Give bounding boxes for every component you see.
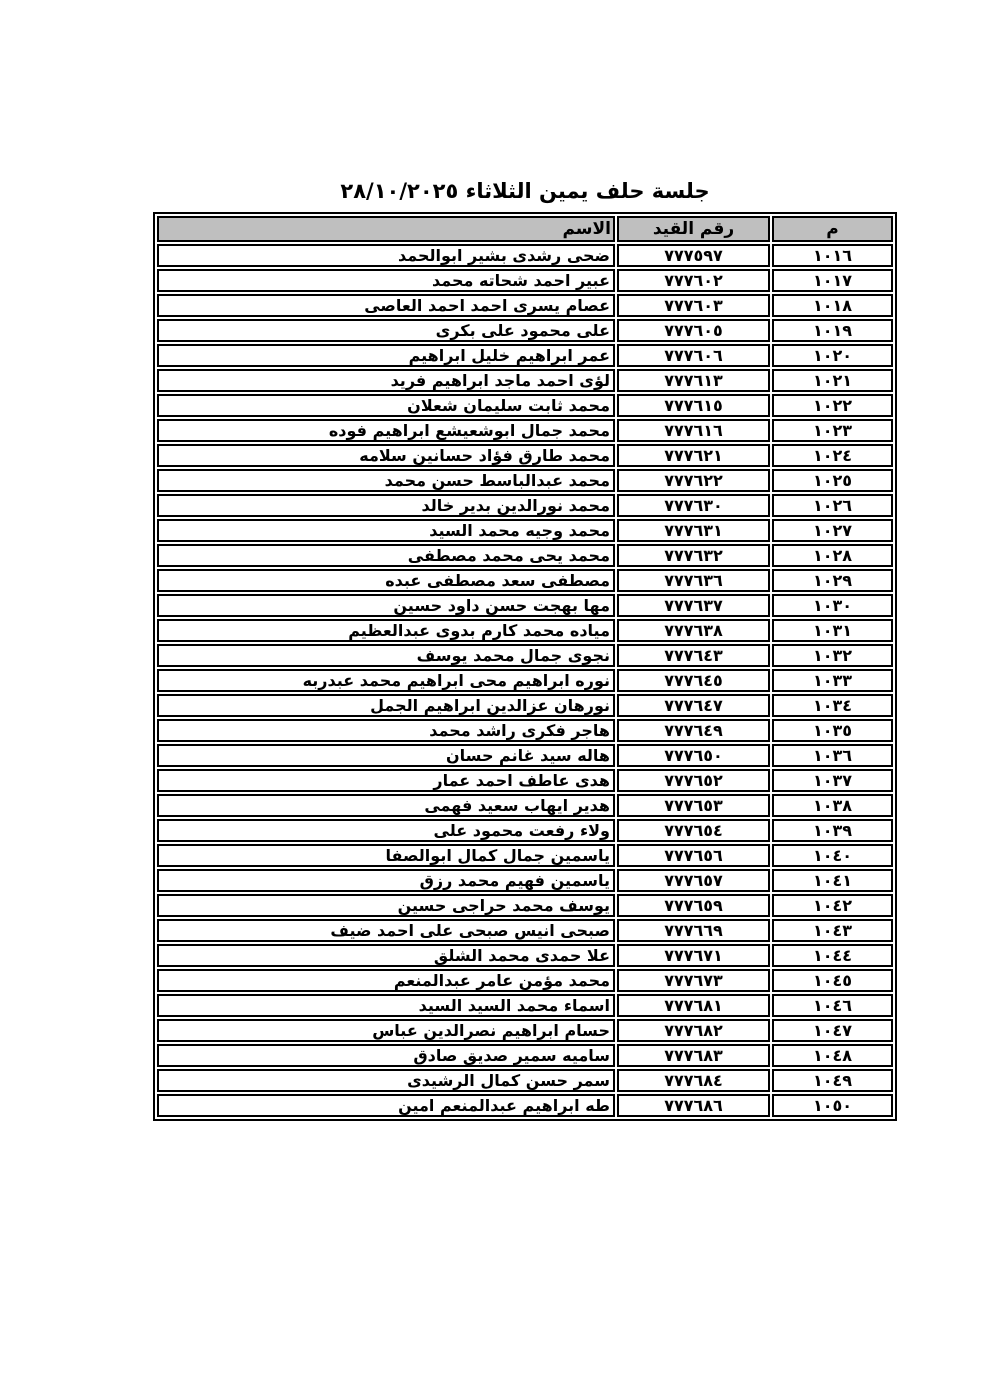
header-name: الاسم	[157, 216, 615, 242]
registration-cell: ٧٧٧٦٥٣	[617, 794, 770, 817]
registration-cell: ٧٧٧٦٣٦	[617, 569, 770, 592]
oath-session-table: م رقم القيد الاسم ١٠١٦ ٧٧٧٥٩٧ ضحى رشدى ب…	[153, 212, 897, 1121]
table-row: ١٠٣٤ ٧٧٧٦٤٧ نورهان عزالدين ابراهيم الجمل	[157, 694, 893, 717]
header-registration: رقم القيد	[617, 216, 770, 242]
registration-cell: ٧٧٧٦٥٧	[617, 869, 770, 892]
table-row: ١٠٤٢ ٧٧٧٦٥٩ يوسف محمد حراجى حسين	[157, 894, 893, 917]
name-cell: هدير ايهاب سعيد فهمى	[157, 794, 615, 817]
registration-cell: ٧٧٧٦٣١	[617, 519, 770, 542]
serial-cell: ١٠١٨	[772, 294, 893, 317]
registration-cell: ٧٧٧٦٣٨	[617, 619, 770, 642]
name-cell: مصطفى سعد مصطفى عبده	[157, 569, 615, 592]
serial-cell: ١٠٤٣	[772, 919, 893, 942]
table-row: ١٠٢١ ٧٧٧٦١٣ لؤى احمد ماجد ابراهيم فريد	[157, 369, 893, 392]
name-cell: على محمود على بكرى	[157, 319, 615, 342]
serial-cell: ١٠٣٦	[772, 744, 893, 767]
content-area: جلسة حلف يمين الثلاثاء ٢٨/١٠/٢٠٢٥ م رقم …	[153, 176, 897, 1121]
table-row: ١٠١٦ ٧٧٧٥٩٧ ضحى رشدى بشير ابوالحمد	[157, 244, 893, 267]
registration-cell: ٧٧٧٦٨١	[617, 994, 770, 1017]
registration-cell: ٧٧٧٦١٣	[617, 369, 770, 392]
name-cell: طه ابراهيم عبدالمنعم امين	[157, 1094, 615, 1117]
serial-cell: ١٠٢١	[772, 369, 893, 392]
name-cell: عصام يسرى احمد احمد العاصى	[157, 294, 615, 317]
registration-cell: ٧٧٧٦٨٢	[617, 1019, 770, 1042]
serial-cell: ١٠٢٢	[772, 394, 893, 417]
serial-cell: ١٠٣٠	[772, 594, 893, 617]
name-cell: ضحى رشدى بشير ابوالحمد	[157, 244, 615, 267]
name-cell: محمد عبدالباسط حسن محمد	[157, 469, 615, 492]
registration-cell: ٧٧٧٦٤٣	[617, 644, 770, 667]
serial-cell: ١٠٣٧	[772, 769, 893, 792]
registration-cell: ٧٧٧٦٤٥	[617, 669, 770, 692]
serial-cell: ١٠٤٩	[772, 1069, 893, 1092]
name-cell: مها بهجت حسن داود حسين	[157, 594, 615, 617]
registration-cell: ٧٧٧٦٨٤	[617, 1069, 770, 1092]
registration-cell: ٧٧٧٦٦٩	[617, 919, 770, 942]
table-row: ١٠٣٠ ٧٧٧٦٣٧ مها بهجت حسن داود حسين	[157, 594, 893, 617]
name-cell: علا حمدى محمد الشلق	[157, 944, 615, 967]
registration-cell: ٧٧٧٦٢٢	[617, 469, 770, 492]
registration-cell: ٧٧٧٦٠٦	[617, 344, 770, 367]
registration-cell: ٧٧٧٦٠٥	[617, 319, 770, 342]
registration-cell: ٧٧٧٦٠٣	[617, 294, 770, 317]
table-row: ١٠٢٣ ٧٧٧٦١٦ محمد جمال ابوشعيشع ابراهيم ف…	[157, 419, 893, 442]
registration-cell: ٧٧٧٦٤٧	[617, 694, 770, 717]
table-row: ١٠٤٠ ٧٧٧٦٥٦ ياسمين جمال كمال ابوالصفا	[157, 844, 893, 867]
header-row: م رقم القيد الاسم	[157, 216, 893, 242]
name-cell: ياسمين فهيم محمد رزق	[157, 869, 615, 892]
table-row: ١٠٢٦ ٧٧٧٦٣٠ محمد نورالدين بدير خالد	[157, 494, 893, 517]
registration-cell: ٧٧٧٦٧١	[617, 944, 770, 967]
registration-cell: ٧٧٧٦٣٢	[617, 544, 770, 567]
table-row: ١٠١٧ ٧٧٧٦٠٢ عبير احمد شحاته محمد	[157, 269, 893, 292]
registration-cell: ٧٧٧٦٣٧	[617, 594, 770, 617]
table-row: ١٠٢٨ ٧٧٧٦٣٢ محمد يحى محمد مصطفى	[157, 544, 893, 567]
table-row: ١٠٣٣ ٧٧٧٦٤٥ نوره ابراهيم محى ابراهيم محم…	[157, 669, 893, 692]
name-cell: عمر ابراهيم خليل ابراهيم	[157, 344, 615, 367]
table-body: ١٠١٦ ٧٧٧٥٩٧ ضحى رشدى بشير ابوالحمد ١٠١٧ …	[157, 244, 893, 1117]
table-row: ١٠٣٨ ٧٧٧٦٥٣ هدير ايهاب سعيد فهمى	[157, 794, 893, 817]
registration-cell: ٧٧٧٦٥٩	[617, 894, 770, 917]
table-row: ١٠٢٠ ٧٧٧٦٠٦ عمر ابراهيم خليل ابراهيم	[157, 344, 893, 367]
name-cell: ساميه سمير صديق صادق	[157, 1044, 615, 1067]
table-row: ١٠٣٢ ٧٧٧٦٤٣ نجوى جمال محمد يوسف	[157, 644, 893, 667]
table-row: ١٠٤٦ ٧٧٧٦٨١ اسماء محمد السيد السيد	[157, 994, 893, 1017]
table-row: ١٠٢٢ ٧٧٧٦١٥ محمد ثابت سليمان شعلان	[157, 394, 893, 417]
serial-cell: ١٠٣٥	[772, 719, 893, 742]
serial-cell: ١٠٢٠	[772, 344, 893, 367]
serial-cell: ١٠٤٢	[772, 894, 893, 917]
registration-cell: ٧٧٧٦٤٩	[617, 719, 770, 742]
table-row: ١٠١٨ ٧٧٧٦٠٣ عصام يسرى احمد احمد العاصى	[157, 294, 893, 317]
serial-cell: ١٠٢٩	[772, 569, 893, 592]
registration-cell: ٧٧٧٦٥٦	[617, 844, 770, 867]
table-row: ١٠٤٨ ٧٧٧٦٨٣ ساميه سمير صديق صادق	[157, 1044, 893, 1067]
name-cell: ولاء رفعت محمود على	[157, 819, 615, 842]
serial-cell: ١٠٣٤	[772, 694, 893, 717]
serial-cell: ١٠١٩	[772, 319, 893, 342]
name-cell: يوسف محمد حراجى حسين	[157, 894, 615, 917]
registration-cell: ٧٧٧٦٥٠	[617, 744, 770, 767]
name-cell: صبحى انيس صبحى على احمد ضيف	[157, 919, 615, 942]
table-row: ١٠٥٠ ٧٧٧٦٨٦ طه ابراهيم عبدالمنعم امين	[157, 1094, 893, 1117]
name-cell: نجوى جمال محمد يوسف	[157, 644, 615, 667]
serial-cell: ١٠٤٦	[772, 994, 893, 1017]
name-cell: حسام ابراهيم نصرالدين عباس	[157, 1019, 615, 1042]
table-row: ١٠٣٥ ٧٧٧٦٤٩ هاجر فكرى راشد محمد	[157, 719, 893, 742]
table-row: ١٠٤٩ ٧٧٧٦٨٤ سمر حسن كمال الرشيدى	[157, 1069, 893, 1092]
name-cell: لؤى احمد ماجد ابراهيم فريد	[157, 369, 615, 392]
table-row: ١٠٢٤ ٧٧٧٦٢١ محمد طارق فؤاد حسانين سلامه	[157, 444, 893, 467]
serial-cell: ١٠٤٨	[772, 1044, 893, 1067]
name-cell: اسماء محمد السيد السيد	[157, 994, 615, 1017]
table-row: ١٠٤٥ ٧٧٧٦٧٣ محمد مؤمن عامر عبدالمنعم	[157, 969, 893, 992]
registration-cell: ٧٧٧٥٩٧	[617, 244, 770, 267]
name-cell: سمر حسن كمال الرشيدى	[157, 1069, 615, 1092]
table-row: ١٠٤١ ٧٧٧٦٥٧ ياسمين فهيم محمد رزق	[157, 869, 893, 892]
name-cell: عبير احمد شحاته محمد	[157, 269, 615, 292]
serial-cell: ١٠٤٠	[772, 844, 893, 867]
serial-cell: ١٠٤٥	[772, 969, 893, 992]
registration-cell: ٧٧٧٦١٦	[617, 419, 770, 442]
serial-cell: ١٠٤٧	[772, 1019, 893, 1042]
header-serial: م	[772, 216, 893, 242]
name-cell: محمد ثابت سليمان شعلان	[157, 394, 615, 417]
serial-cell: ١٠٢٧	[772, 519, 893, 542]
registration-cell: ٧٧٧٦٠٢	[617, 269, 770, 292]
table-row: ١٠٣٦ ٧٧٧٦٥٠ هاله سيد غانم حسان	[157, 744, 893, 767]
table-row: ١٠٣١ ٧٧٧٦٣٨ مياده محمد كارم بدوى عبدالعظ…	[157, 619, 893, 642]
name-cell: نورهان عزالدين ابراهيم الجمل	[157, 694, 615, 717]
name-cell: هاله سيد غانم حسان	[157, 744, 615, 767]
table-row: ١٠٣٧ ٧٧٧٦٥٢ هدى عاطف احمد عمار	[157, 769, 893, 792]
registration-cell: ٧٧٧٦١٥	[617, 394, 770, 417]
table-row: ١٠٢٧ ٧٧٧٦٣١ محمد وجيه محمد السيد	[157, 519, 893, 542]
name-cell: محمد مؤمن عامر عبدالمنعم	[157, 969, 615, 992]
serial-cell: ١٠١٦	[772, 244, 893, 267]
registration-cell: ٧٧٧٦٥٢	[617, 769, 770, 792]
serial-cell: ١٠٣٣	[772, 669, 893, 692]
table-row: ١٠٤٧ ٧٧٧٦٨٢ حسام ابراهيم نصرالدين عباس	[157, 1019, 893, 1042]
serial-cell: ١٠٤١	[772, 869, 893, 892]
registration-cell: ٧٧٧٦٥٤	[617, 819, 770, 842]
name-cell: محمد وجيه محمد السيد	[157, 519, 615, 542]
serial-cell: ١٠٢٥	[772, 469, 893, 492]
serial-cell: ١٠١٧	[772, 269, 893, 292]
table-row: ١٠٢٥ ٧٧٧٦٢٢ محمد عبدالباسط حسن محمد	[157, 469, 893, 492]
table-row: ١٠٢٩ ٧٧٧٦٣٦ مصطفى سعد مصطفى عبده	[157, 569, 893, 592]
document-page: جلسة حلف يمين الثلاثاء ٢٨/١٠/٢٠٢٥ م رقم …	[0, 0, 990, 1400]
name-cell: هدى عاطف احمد عمار	[157, 769, 615, 792]
name-cell: مياده محمد كارم بدوى عبدالعظيم	[157, 619, 615, 642]
registration-cell: ٧٧٧٦٧٣	[617, 969, 770, 992]
serial-cell: ١٠٢٨	[772, 544, 893, 567]
name-cell: محمد نورالدين بدير خالد	[157, 494, 615, 517]
name-cell: نوره ابراهيم محى ابراهيم محمد عبدربه	[157, 669, 615, 692]
document-title: جلسة حلف يمين الثلاثاء ٢٨/١٠/٢٠٢٥	[153, 176, 897, 206]
table-row: ١٠١٩ ٧٧٧٦٠٥ على محمود على بكرى	[157, 319, 893, 342]
name-cell: محمد جمال ابوشعيشع ابراهيم فوده	[157, 419, 615, 442]
serial-cell: ١٠٥٠	[772, 1094, 893, 1117]
name-cell: هاجر فكرى راشد محمد	[157, 719, 615, 742]
name-cell: محمد يحى محمد مصطفى	[157, 544, 615, 567]
registration-cell: ٧٧٧٦٣٠	[617, 494, 770, 517]
name-cell: محمد طارق فؤاد حسانين سلامه	[157, 444, 615, 467]
serial-cell: ١٠٣٨	[772, 794, 893, 817]
registration-cell: ٧٧٧٦٢١	[617, 444, 770, 467]
serial-cell: ١٠٣٢	[772, 644, 893, 667]
serial-cell: ١٠٣٩	[772, 819, 893, 842]
serial-cell: ١٠٢٤	[772, 444, 893, 467]
table-row: ١٠٣٩ ٧٧٧٦٥٤ ولاء رفعت محمود على	[157, 819, 893, 842]
name-cell: ياسمين جمال كمال ابوالصفا	[157, 844, 615, 867]
serial-cell: ١٠٢٦	[772, 494, 893, 517]
serial-cell: ١٠٤٤	[772, 944, 893, 967]
table-row: ١٠٤٣ ٧٧٧٦٦٩ صبحى انيس صبحى على احمد ضيف	[157, 919, 893, 942]
registration-cell: ٧٧٧٦٨٦	[617, 1094, 770, 1117]
registration-cell: ٧٧٧٦٨٣	[617, 1044, 770, 1067]
serial-cell: ١٠٣١	[772, 619, 893, 642]
table-row: ١٠٤٤ ٧٧٧٦٧١ علا حمدى محمد الشلق	[157, 944, 893, 967]
serial-cell: ١٠٢٣	[772, 419, 893, 442]
